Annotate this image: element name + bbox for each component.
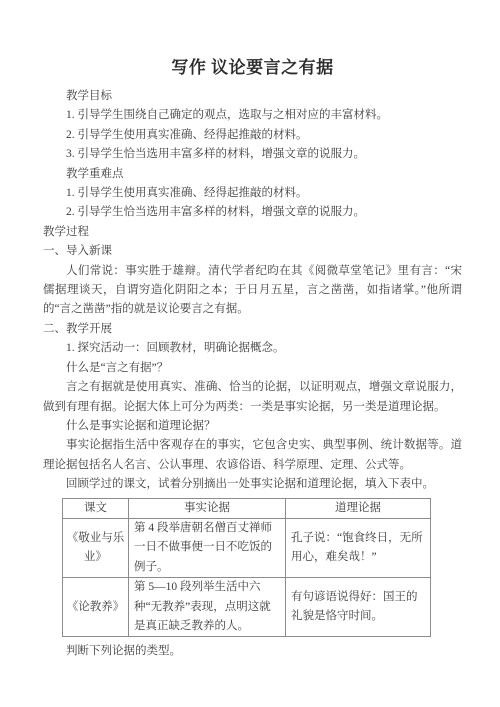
paragraph: 回顾学过的课文，试着分别摘出一处事实论据和道理论据，填入下表中。	[43, 475, 462, 494]
evidence-table: 课文 事实论据 道理论据 《敬业与乐业》 第 4 段举唐朝名僧百丈禅师一日不做事…	[62, 498, 431, 638]
table-cell-theoretical: 孔子说：“饱食终日，无所用心，难矣哉！”	[286, 518, 431, 577]
paragraph: 人们常说：事实胜于雄辩。清代学者纪昀在其《阅微草堂笔记》里有言：“宋儒据理谈天，…	[43, 262, 462, 320]
paragraph: 1. 探究活动一：回顾教材，明确论据概念。	[43, 339, 462, 358]
table-row: 《论教养》 第 5—10 段列举生活中六种“无教养”表现，点明这就是真正缺乏教养…	[63, 578, 431, 637]
table-cell-lesson: 《敬业与乐业》	[63, 518, 129, 577]
document-body: 教学目标1. 引导学生围绕自己确定的观点，选取与之相对应的丰富材料。2. 引导学…	[43, 87, 462, 495]
paragraph: 言之有据就是使用真实、准确、恰当的论据，以证明观点，增强文章说服力，做到有理有据…	[43, 378, 462, 417]
paragraph: 2. 引导学生使用真实准确、经得起推敲的材料。	[43, 126, 462, 145]
document-title: 写作 议论要言之有据	[43, 56, 462, 80]
paragraph: 3. 引导学生恰当选用丰富多样的材料，增强文章的说服力。	[43, 145, 462, 164]
paragraph: 什么是“言之有据”？	[43, 359, 462, 378]
table-cell-factual: 第 4 段举唐朝名僧百丈禅师一日不做事便一日不吃饭的例子。	[129, 518, 286, 577]
table-header-theoretical: 道理论据	[286, 498, 431, 518]
table-cell-lesson: 《论教养》	[63, 578, 129, 637]
closing-line: 判断下列论据的类型。	[43, 642, 462, 661]
table-cell-theoretical: 有句谚语说得好：国王的礼貌是恪守时间。	[286, 578, 431, 637]
paragraph: 教学目标	[43, 87, 462, 106]
paragraph: 1. 引导学生使用真实准确、经得起推敲的材料。	[43, 184, 462, 203]
paragraph: 一、导入新课	[43, 242, 462, 261]
paragraph: 什么是事实论据和道理论据？	[43, 417, 462, 436]
paragraph: 二、教学开展	[43, 320, 462, 339]
table-header-factual: 事实论据	[129, 498, 286, 518]
table-cell-factual: 第 5—10 段列举生活中六种“无教养”表现，点明这就是真正缺乏教养的人。	[129, 578, 286, 637]
paragraph: 1. 引导学生围绕自己确定的观点，选取与之相对应的丰富材料。	[43, 106, 462, 125]
document-page: 写作 议论要言之有据 教学目标1. 引导学生围绕自己确定的观点，选取与之相对应的…	[0, 0, 500, 707]
paragraph: 2. 引导学生恰当选用丰富多样的材料，增强文章的说服力。	[43, 203, 462, 222]
table-header-row: 课文 事实论据 道理论据	[63, 498, 431, 518]
paragraph: 教学重难点	[43, 165, 462, 184]
paragraph: 事实论据指生活中客观存在的事实，它包含史实、典型事例、统计数据等。道理论据包括名…	[43, 436, 462, 475]
table-header-lesson: 课文	[63, 498, 129, 518]
paragraph: 教学过程	[43, 223, 462, 242]
table-row: 《敬业与乐业》 第 4 段举唐朝名僧百丈禅师一日不做事便一日不吃饭的例子。 孔子…	[63, 518, 431, 577]
